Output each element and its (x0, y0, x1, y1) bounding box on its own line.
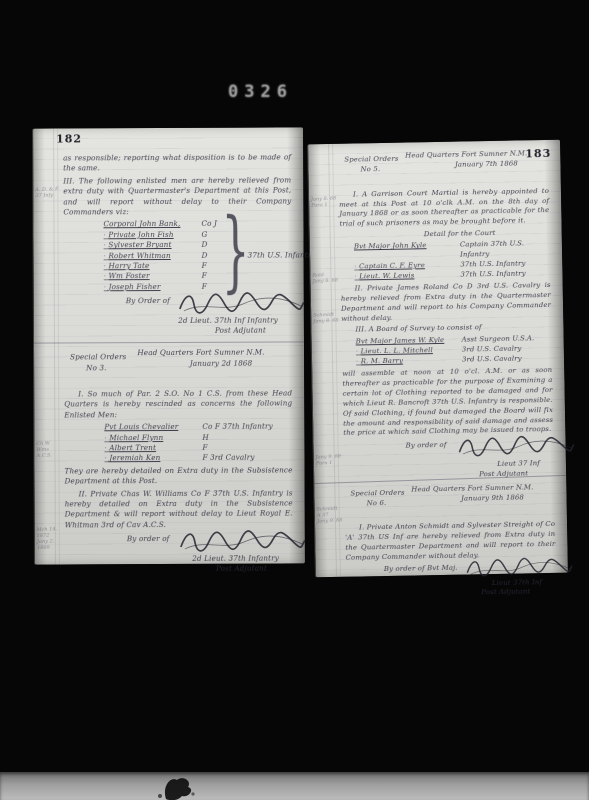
signer-rank: Lieut 37 Inf (497, 460, 540, 471)
company-letter: F 3rd Cavalry (192, 453, 254, 464)
microfilm-frame-number: 0326 (228, 82, 293, 102)
soldier-name: Harry Tate (104, 261, 192, 272)
soldier-name: Sylvester Bryant (104, 240, 192, 251)
ledger-right-page: 183 Jany 8. 68 Para 1 Rold Jany 8. 68 Sc… (308, 140, 568, 578)
signature-scrawl (177, 527, 307, 558)
signer-title: Post Adjutant (481, 587, 530, 598)
company-letter: F (192, 443, 207, 453)
soldier-name: Michael Flynn (104, 432, 192, 443)
officer-name: R. M. Barry (356, 356, 452, 368)
by-order-label: By order of (127, 534, 170, 545)
board-roster: Bvt Major James W. KyleAsst Surgeon U.S.… (342, 334, 553, 368)
officer-name: Lieut. W. Lewis (354, 271, 450, 283)
soldier-name: Jeremiah Ken (104, 453, 192, 464)
by-order-label: By order of (406, 441, 447, 452)
officer-unit: 37th U.S. Infantry (450, 269, 525, 280)
right-page-content: Head Quarters Fort Sumner N.M. January 7… (308, 140, 568, 578)
soldier-name: Robert Whitman (104, 251, 192, 262)
officer-unit: 3rd U.S. Cavalry (452, 355, 522, 366)
signer-title: Post Adjutant (479, 470, 528, 481)
order-paragraph: I. So much of Par. 2 S.O. No 1 C.S. from… (64, 388, 292, 420)
rescinded-roster: Pvt Louis ChevalierCo F 37th Infantry Mi… (64, 422, 292, 465)
special-orders-label: Special Orders No 3. (70, 352, 292, 374)
signature-scrawl (455, 432, 575, 462)
officer-unit: Captain 37th U.S. Infantry (450, 239, 550, 261)
scanner-edge-strip (0, 772, 589, 800)
order-paragraph: as responsible; reporting what dispositi… (63, 152, 291, 174)
order-paragraph: They are hereby detailed on Extra duty i… (65, 465, 293, 487)
signature-scrawl (464, 553, 574, 581)
company-letter: H (192, 432, 208, 442)
order-paragraph: will assemble at noon at 10 o'cl. A.M. o… (342, 366, 553, 439)
microfilm-scan: 0326 182 A. D. & F. 37 Infy Ch W Wms A.C… (0, 0, 589, 800)
soldier-name: Private John Fish (103, 230, 191, 241)
by-order-label: By Order of (126, 296, 170, 307)
signer-title: Post Adjutant (216, 564, 267, 575)
signature-block: By order of Bvt Maj. Lieut 37th Inf Post… (346, 562, 557, 602)
section-rule (34, 342, 304, 344)
left-page-content: as responsible; reporting what dispositi… (33, 127, 305, 564)
signature-block: By order of 2d Lieut. 37th Infantry Post… (65, 532, 293, 569)
ink-blot (138, 772, 208, 800)
company-letter: D (192, 250, 208, 260)
order-number: No 3. (70, 362, 292, 373)
relieved-roster: Corporal John Bank,Co J Private John Fis… (63, 219, 291, 293)
by-order-label: By order of Bvt Maj. (384, 563, 458, 574)
roster-brace: } (221, 211, 249, 291)
ledger-left-page: 182 A. D. & F. 37 Infy Ch W Wms A.C.S. M… (33, 127, 305, 564)
officer-name: Bvt Major John Kyle (354, 241, 450, 263)
company-letter: D (192, 240, 208, 250)
regiment-brace-label: 37th U.S. Infantry (248, 251, 316, 262)
signature-block: By Order of 2d Lieut. 37th Inf Infantry … (64, 294, 292, 339)
soldier-name: Pvt Louis Chevalier (104, 422, 192, 433)
company-letter: F (192, 261, 207, 271)
order-paragraph: II. Private James Roland Co D 3rd U.S. C… (341, 281, 552, 324)
company-letter: F (192, 271, 207, 281)
soldier-name: Albert Trent (104, 443, 192, 454)
signer-title: Post Adjutant (215, 326, 266, 337)
court-roster: Bvt Major John KyleCaptain 37th U.S. Inf… (340, 239, 551, 282)
company-letter: Co F 37th Infantry (192, 422, 273, 433)
order-paragraph: III. The following enlisted men are here… (63, 175, 291, 218)
special-orders-label: Special Orders No 6. (350, 486, 554, 510)
roster-entry: Jeremiah KenF 3rd Cavalry (64, 453, 292, 464)
company-letter: Co J (191, 219, 217, 230)
signature-block: By order of Lieut 37 Inf Post Adjutant (343, 437, 554, 477)
soldier-name: Wm Foster (104, 271, 192, 282)
special-orders-label: Special Orders No 5. (344, 152, 548, 176)
company-letter: G (191, 230, 207, 240)
soldier-name: Corporal John Bank, (103, 219, 191, 230)
order-paragraph: II. Private Chas W. Williams Co F 37th U… (65, 488, 293, 531)
signature-scrawl (176, 289, 306, 320)
order-paragraph: I. A Garrison Court Martial is hereby ap… (339, 187, 550, 230)
